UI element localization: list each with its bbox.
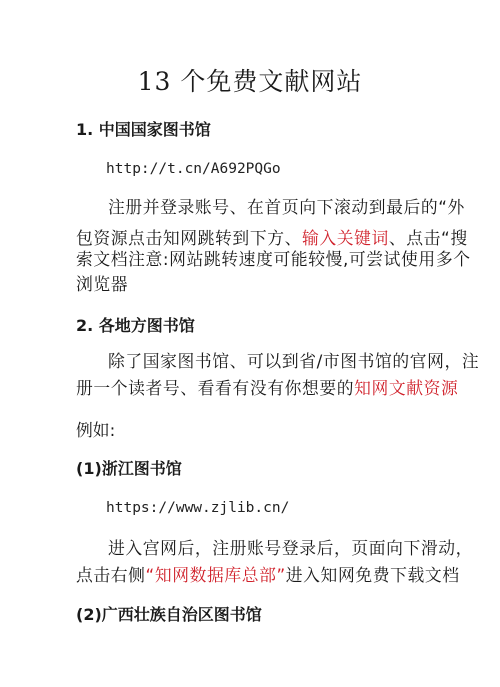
document-page: 13 个免费文献网站 1. 中国国家图书馆 http://t.cn/A692PQ… <box>0 0 500 687</box>
text-span: 册一个读者号、看看有没有你想要的 <box>76 378 354 398</box>
text-span: 、点击“搜 <box>389 228 468 248</box>
example-label: 例如: <box>76 420 115 440</box>
paragraph-line: 除了国家图书馆、可以到省/市图书馆的官网，注 <box>108 351 479 371</box>
paragraph-line: 浏览器 <box>76 274 128 294</box>
paragraph-line: 点击右侧“知网数据库总部”进入知网免费下载文档 <box>76 565 460 585</box>
national-library-url[interactable]: http://t.cn/A692PQGo <box>106 159 281 179</box>
subsection-heading-zhejiang-library: (1)浙江图书馆 <box>76 459 182 479</box>
text-span: 包资源点击知网跳转到下方、 <box>76 228 302 248</box>
paragraph-line: 索文档注意:网站跳转速度可能较慢,可尝试使用多个 <box>76 249 471 269</box>
subsection-heading-guangxi-library: (2)广西壮族自治区图书馆 <box>76 605 262 625</box>
highlighted-text: 输入关键词 <box>302 228 389 248</box>
paragraph-line: 册一个读者号、看看有没有你想要的知网文献资源 <box>76 378 458 398</box>
paragraph-line: 进入宫网后，注册账号登录后，页面向下滑动， <box>108 538 473 558</box>
highlighted-text: “知网数据库总部” <box>146 565 286 585</box>
section-heading-national-library: 1. 中国国家图书馆 <box>76 120 211 140</box>
text-span: 进入知网免费下载文档 <box>286 565 460 585</box>
paragraph-line: 包资源点击知网跳转到下方、输入关键词、点击“搜 <box>76 228 468 248</box>
paragraph-line: 注册并登录账号、在首页向下滚动到最后的“外 <box>108 197 465 217</box>
zhejiang-library-url[interactable]: https://www.zjlib.cn/ <box>106 498 289 518</box>
document-title: 13 个免费文献网站 <box>0 62 500 98</box>
text-span: 点击右侧 <box>76 565 146 585</box>
highlighted-text: 知网文献资源 <box>354 378 458 398</box>
section-heading-local-libraries: 2. 各地方图书馆 <box>76 316 195 336</box>
